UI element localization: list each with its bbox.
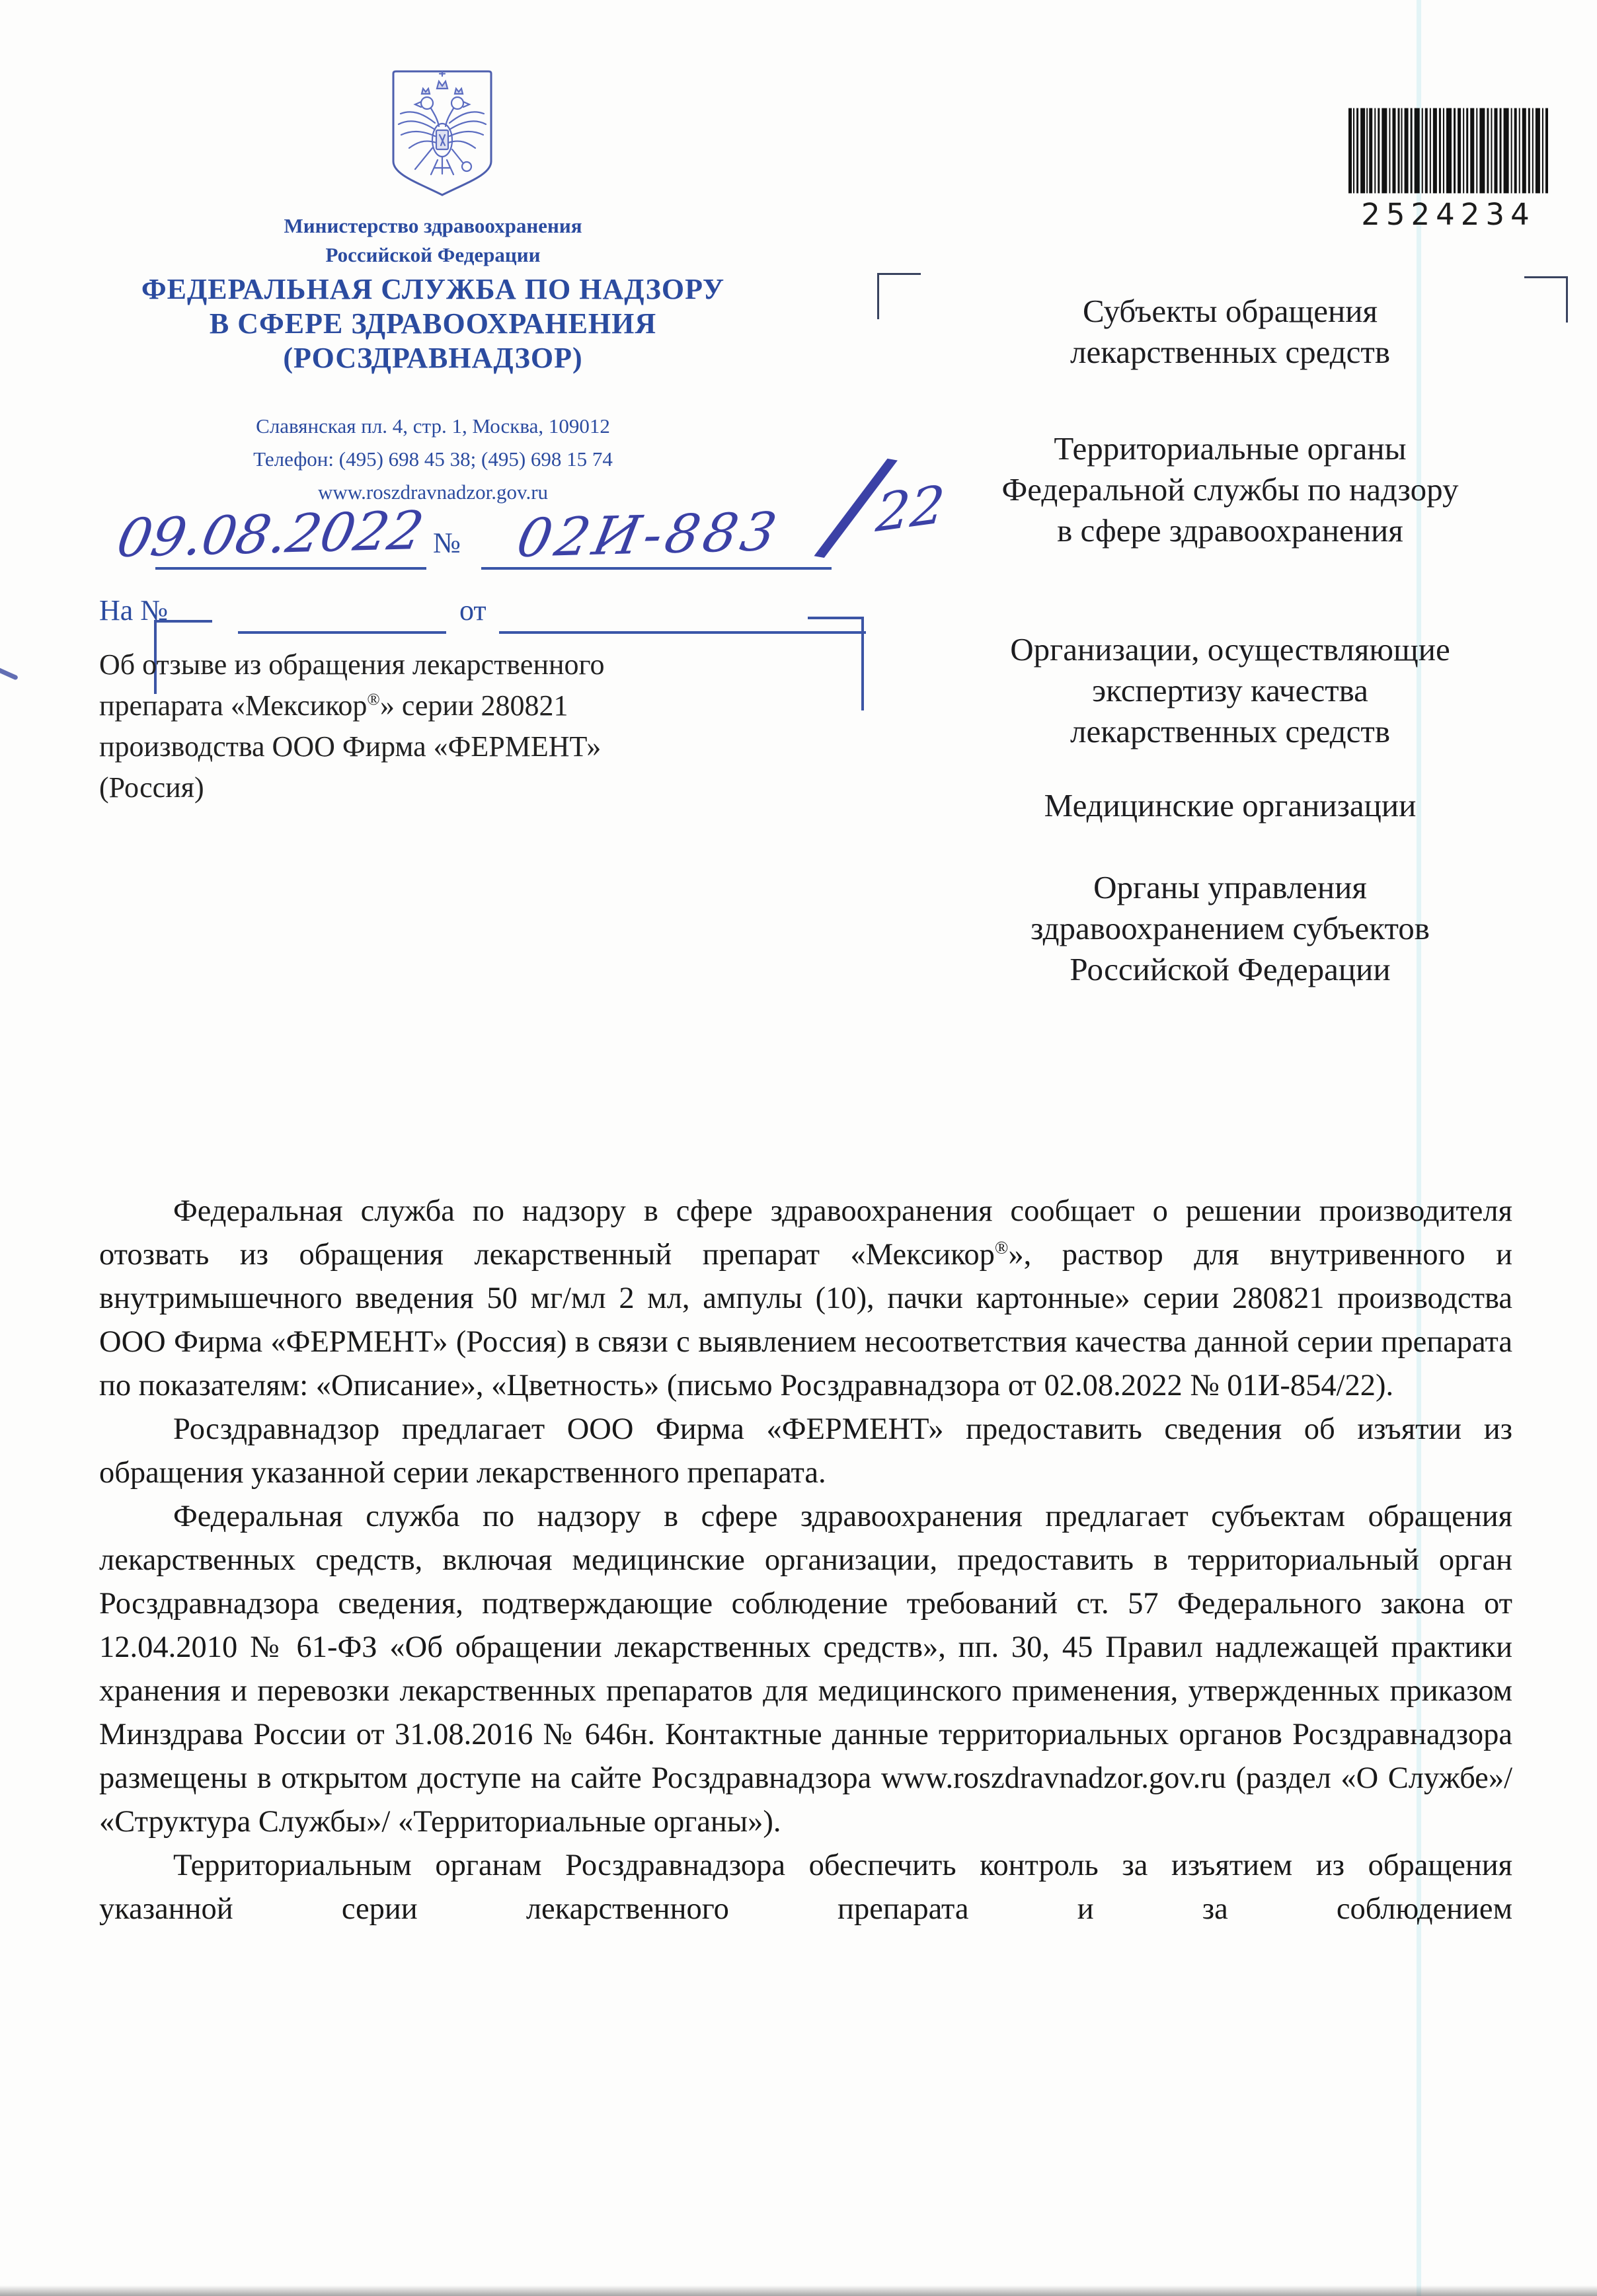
corner-mark-subject-right bbox=[861, 617, 864, 710]
reply-ref-from: от bbox=[459, 593, 487, 627]
recipient-line: в сфере здравоохранения bbox=[879, 510, 1581, 551]
scanned-letter-page: 2524234 Министерство здравоохранения Рос… bbox=[0, 0, 1597, 2296]
subject-line-4: (Россия) bbox=[99, 767, 806, 808]
recipient-line: Федеральной службы по надзору bbox=[879, 469, 1581, 510]
paragraph-manufacturer-request: Росздравнадзор предлагает ООО Фирма «ФЕР… bbox=[99, 1408, 1512, 1495]
corner-mark-recipient-left bbox=[877, 273, 921, 275]
reg-number-underline bbox=[481, 567, 832, 570]
recipient-line: лекарственных средств bbox=[879, 332, 1581, 373]
ministry-line-2: Российской Федерации bbox=[99, 241, 767, 270]
corner-mark-subject-right bbox=[808, 617, 864, 619]
recipient-line: Территориальные органы bbox=[879, 428, 1581, 469]
letterhead-phone: Телефон: (495) 698 45 38; (495) 698 15 7… bbox=[99, 443, 767, 476]
registered-trademark-sup: ® bbox=[367, 689, 379, 708]
body-text: Федеральная служба по надзору в сфере зд… bbox=[99, 1190, 1512, 1931]
corner-mark-recipient-right bbox=[1524, 276, 1568, 278]
barcode: 2524234 bbox=[1348, 108, 1548, 232]
reply-ref-line-2 bbox=[499, 631, 866, 634]
reg-date-handwritten: 09.08.2022 bbox=[112, 500, 428, 569]
service-name-line-3: (РОСЗДРАВНАДЗОР) bbox=[99, 341, 767, 375]
ministry-line-1: Министерство здравоохранения bbox=[99, 211, 767, 241]
subject-line-3: производства ООО Фирма «ФЕРМЕНТ» bbox=[99, 726, 806, 767]
recipient-group-quality-expertise-orgs: Организации, осуществляющие экспертизу к… bbox=[879, 629, 1581, 752]
recipient-line: Медицинские организации bbox=[879, 785, 1581, 826]
paragraph-recall-notice: Федеральная служба по надзору в сфере зд… bbox=[99, 1190, 1512, 1408]
service-name-line-1: ФЕДЕРАЛЬНАЯ СЛУЖБА ПО НАДЗОРУ bbox=[99, 272, 767, 307]
corner-mark-subject-left bbox=[154, 620, 212, 623]
service-name-line-2: В СФЕРЕ ЗДРАВООХРАНЕНИЯ bbox=[99, 307, 767, 341]
paragraph-territorial-control: Территориальным органам Росздравнадзора … bbox=[99, 1844, 1512, 1931]
barcode-bars bbox=[1348, 108, 1548, 194]
letterhead-address: Славянская пл. 4, стр. 1, Москва, 109012 bbox=[99, 410, 767, 443]
recipient-group-medical-orgs: Медицинские организации bbox=[879, 785, 1581, 826]
barcode-number: 2524234 bbox=[1348, 197, 1548, 232]
subject-line-1: Об отзыве из обращения лекарственного bbox=[99, 644, 806, 685]
paragraph-subjects-obligations: Федеральная служба по надзору в сфере зд… bbox=[99, 1495, 1512, 1844]
page-bottom-edge-shadow bbox=[0, 2285, 1597, 2296]
coat-of-arms-emblem bbox=[387, 69, 497, 200]
recipient-line: экспертизу качества bbox=[879, 670, 1581, 711]
recipient-line: Организации, осуществляющие bbox=[879, 629, 1581, 670]
subject-line-2: препарата «Мексикор®» серии 280821 bbox=[99, 685, 806, 726]
recipient-line: лекарственных средств bbox=[879, 711, 1581, 752]
recipient-group-health-authorities: Органы управления здравоохранением субъе… bbox=[879, 867, 1581, 990]
pen-mark-artifact bbox=[0, 667, 19, 680]
letterhead-contacts: Славянская пл. 4, стр. 1, Москва, 109012… bbox=[99, 410, 767, 509]
reply-ref-line-1 bbox=[238, 631, 446, 634]
reg-number-sign: № bbox=[433, 526, 461, 560]
recipient-line: Российской Федерации bbox=[879, 949, 1581, 990]
reg-number-handwritten: 02И-883 bbox=[512, 501, 785, 569]
reg-date-underline bbox=[155, 567, 426, 570]
subject-block: Об отзыве из обращения лекарственного пр… bbox=[99, 644, 806, 808]
recipient-group-drug-circulation-subjects: Субъекты обращения лекарственных средств bbox=[879, 291, 1581, 373]
recipient-line: Субъекты обращения bbox=[879, 291, 1581, 332]
recipient-group-territorial-bodies: Территориальные органы Федеральной служб… bbox=[879, 428, 1581, 551]
recipient-line: здравоохранением субъектов bbox=[879, 908, 1581, 949]
registered-trademark-sup: ® bbox=[995, 1238, 1009, 1258]
letterhead: Министерство здравоохранения Российской … bbox=[99, 211, 767, 270]
recipient-line: Органы управления bbox=[879, 867, 1581, 908]
service-name: ФЕДЕРАЛЬНАЯ СЛУЖБА ПО НАДЗОРУ В СФЕРЕ ЗД… bbox=[99, 272, 767, 375]
